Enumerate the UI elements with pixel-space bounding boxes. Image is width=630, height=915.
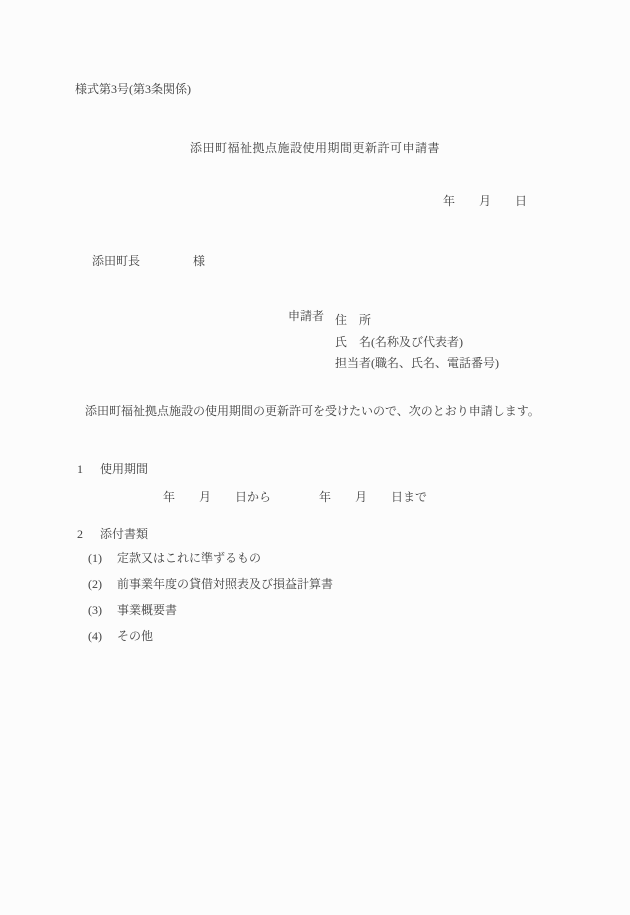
applicant-name-line: 氏 名(名称及び代表者) [335,332,499,354]
section2-number: 2 [77,528,83,540]
attachment-item-number: (2) [88,578,102,590]
form-number: 様式第3号(第3条関係) [75,83,191,95]
section2-heading: 添付書類 [100,528,148,540]
application-form-page: 様式第3号(第3条関係) 添田町福祉拠点施設使用期間更新許可申請書 年 月 日 … [0,0,630,915]
addressee-honorific: 様 [193,254,205,268]
attachment-item-text: 前事業年度の貸借対照表及び損益計算書 [117,578,333,590]
document-title: 添田町福祉拠点施設使用期間更新許可申請書 [0,142,630,154]
addressee-name: 添田町長 [92,254,140,268]
attachment-item-text: その他 [117,630,153,642]
attachment-item-number: (3) [88,604,102,616]
applicant-detail-lines: 住 所 氏 名(名称及び代表者) 担当者(職名、氏名、電話番号) [335,310,499,375]
applicant-address-line: 住 所 [335,310,499,332]
use-period-fill-in-line: 年 月 日から 年 月 日まで [163,491,427,503]
addressee-row: 添田町長様 [92,255,205,267]
applicant-contact-line: 担当者(職名、氏名、電話番号) [335,353,499,375]
section1-number: 1 [77,463,83,475]
attachment-item-number: (1) [88,552,102,564]
attachment-item-text: 事業概要書 [117,604,177,616]
applicant-label: 申請者 [288,310,324,322]
date-fill-in-line: 年 月 日 [443,195,527,207]
attachment-item-text: 定款又はこれに準ずるもの [117,552,261,564]
attachment-item-number: (4) [88,630,102,642]
application-statement: 添田町福祉拠点施設の使用期間の更新許可を受けたいので、次のとおり申請します。 [85,405,540,417]
section1-heading: 使用期間 [100,463,148,475]
